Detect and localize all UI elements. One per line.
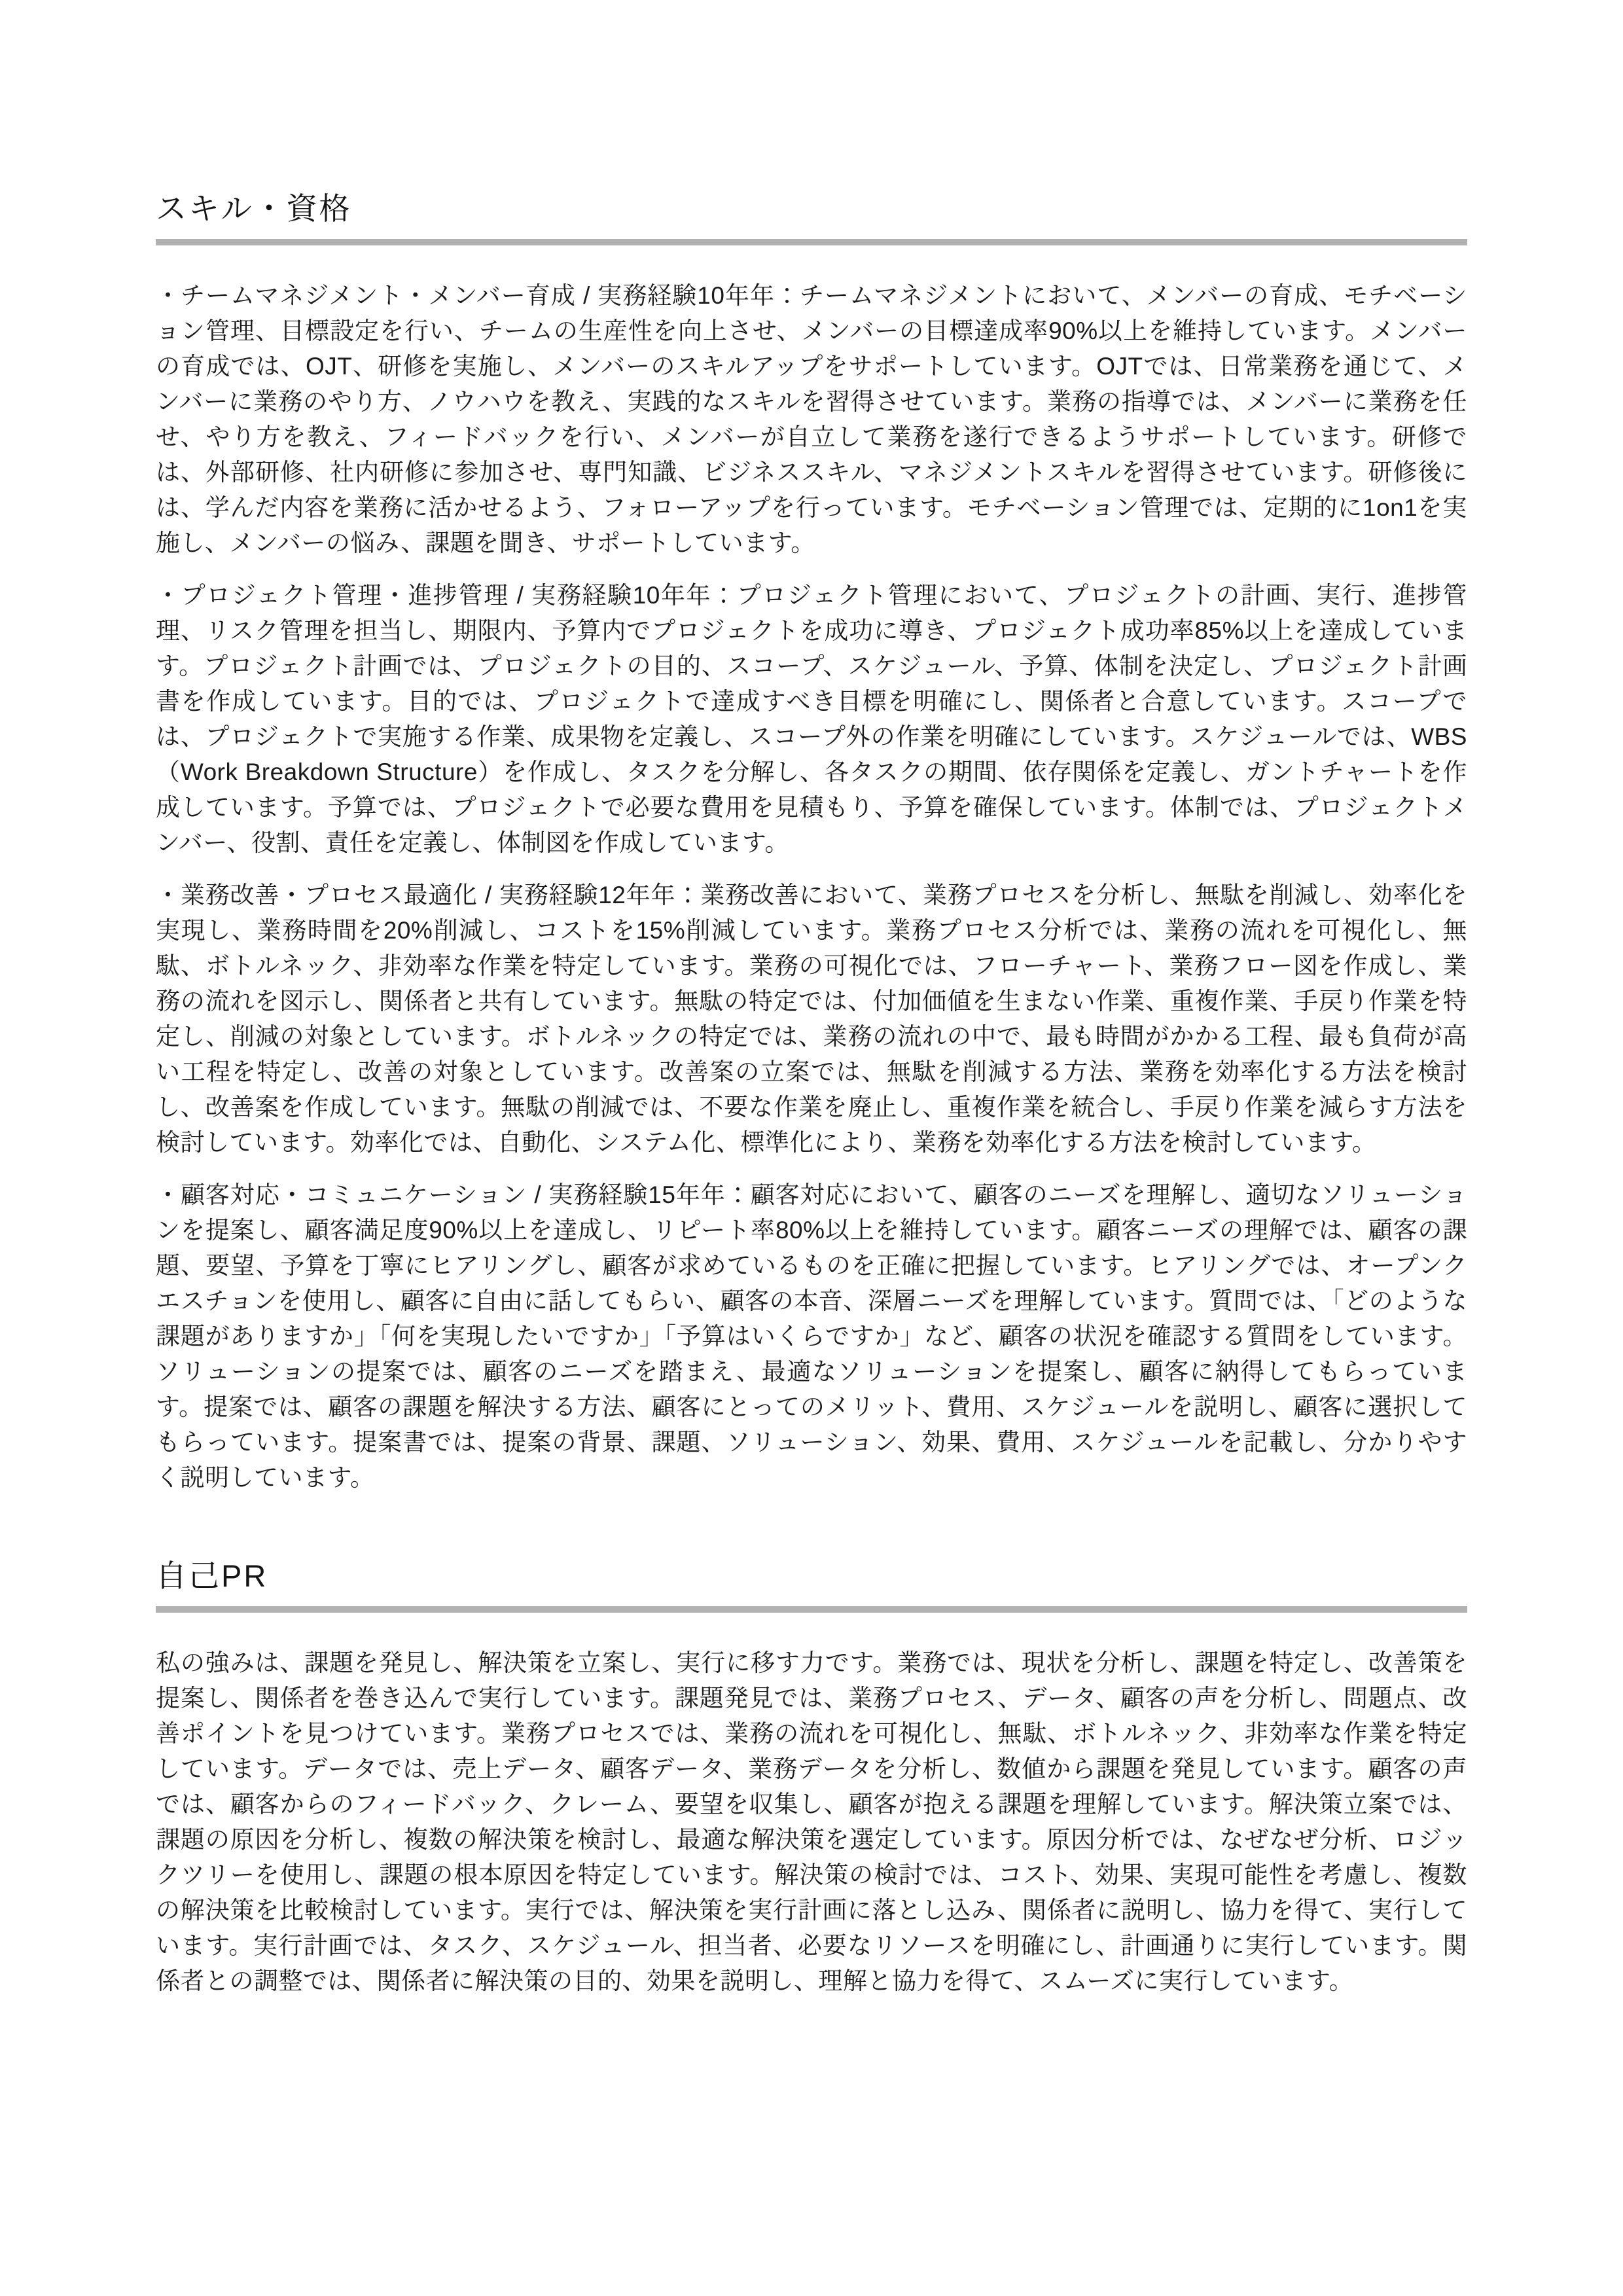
resume-page: スキル・資格 ・チームマネジメント・メンバー育成 / 実務経験10年年：チームマ… — [0, 0, 1623, 2296]
skill-item-customer-communication: ・顧客対応・コミュニケーション / 実務経験15年年：顧客対応において、顧客のニ… — [156, 1177, 1467, 1496]
skills-heading-divider — [156, 239, 1467, 245]
section-skills: スキル・資格 ・チームマネジメント・メンバー育成 / 実務経験10年年：チームマ… — [156, 190, 1467, 1496]
self-pr-heading-divider — [156, 1606, 1467, 1613]
skill-item-team-management: ・チームマネジメント・メンバー育成 / 実務経験10年年：チームマネジメントにお… — [156, 278, 1467, 561]
skill-item-process-optimization: ・業務改善・プロセス最適化 / 実務経験12年年：業務改善において、業務プロセス… — [156, 878, 1467, 1160]
skill-item-project-management: ・プロジェクト管理・進捗管理 / 実務経験10年年：プロジェクト管理において、プ… — [156, 578, 1467, 861]
self-pr-paragraph: 私の強みは、課題を発見し、解決策を立案し、実行に移す力です。業務では、現状を分析… — [156, 1645, 1467, 1999]
section-self-pr: 自己PR 私の強みは、課題を発見し、解決策を立案し、実行に移す力です。業務では、… — [156, 1557, 1467, 1999]
self-pr-section-heading: 自己PR — [156, 1557, 1467, 1596]
skills-section-heading: スキル・資格 — [156, 190, 1467, 228]
